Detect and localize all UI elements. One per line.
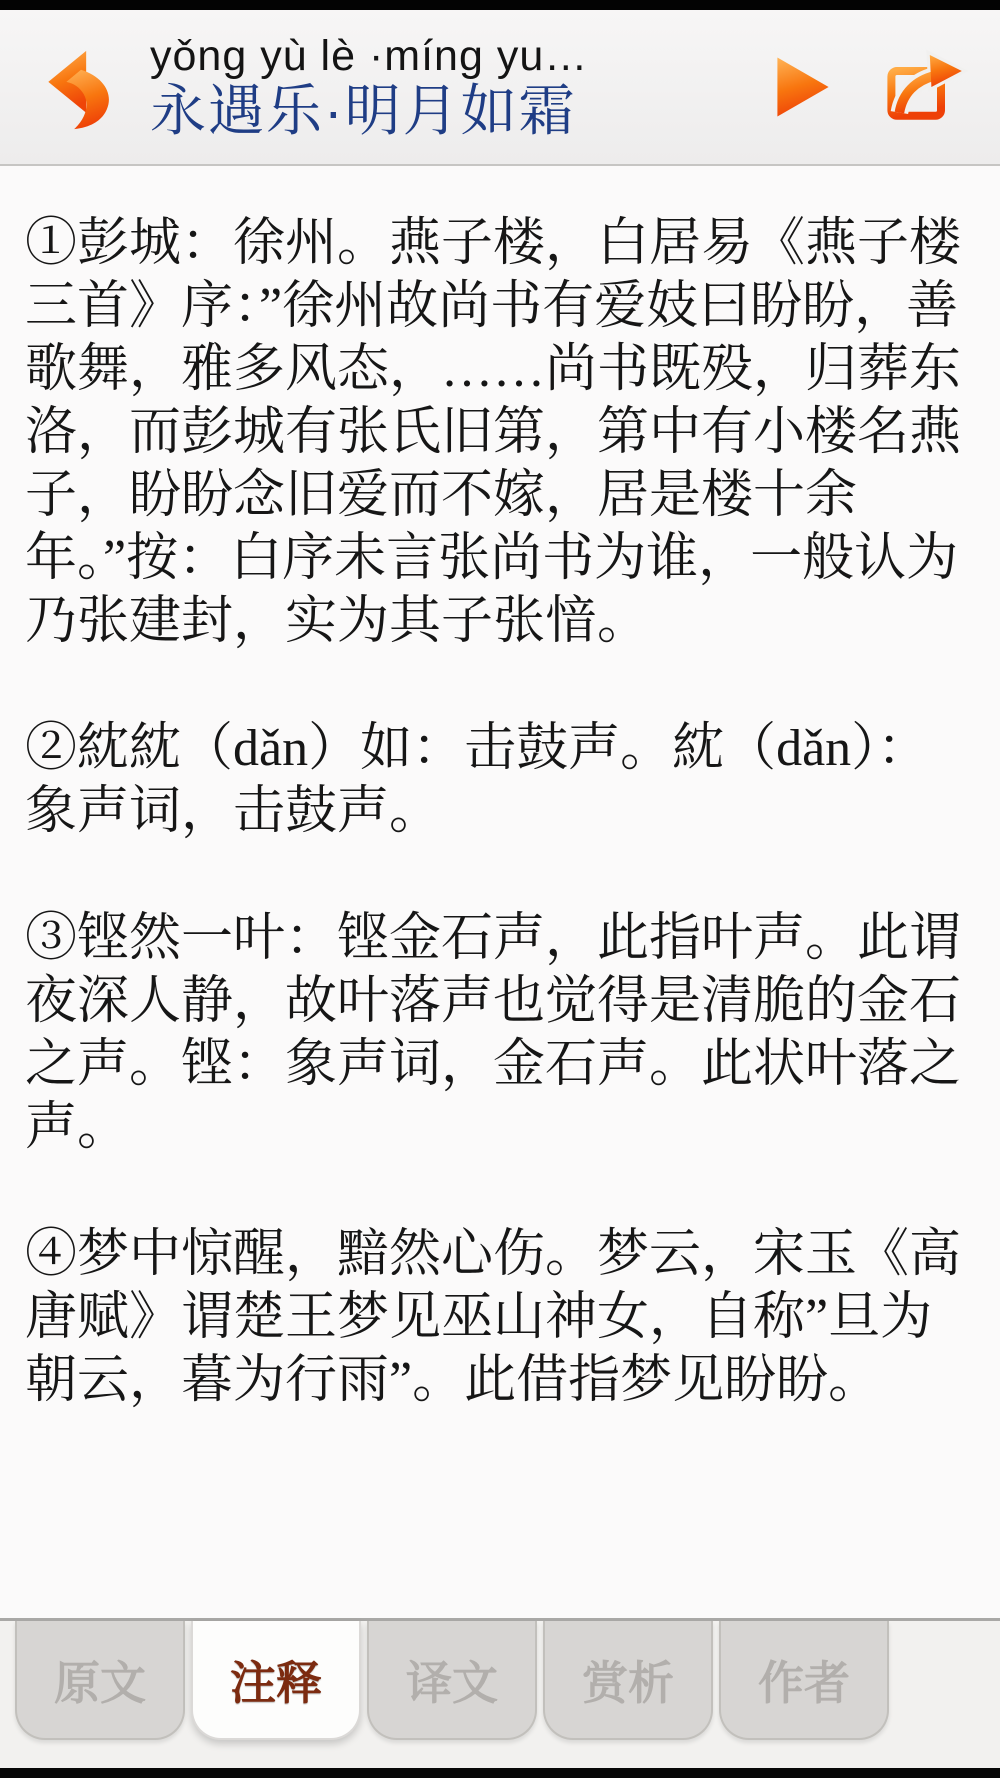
title-block: yǒng yù lè ·míng yu… 永遇乐·明月如霜	[150, 33, 588, 141]
tab-translation[interactable]: 译文	[367, 1621, 537, 1740]
annotation-paragraph-3: ③铿然一叶：铿金石声，此指叶声。此谓夜深人静，故叶落声也觉得是清脆的金石之声。铿…	[25, 907, 975, 1159]
tab-annotations[interactable]: 注释	[191, 1621, 361, 1740]
bottom-black-bar	[0, 1768, 1000, 1778]
top-black-bar	[0, 0, 1000, 10]
annotation-paragraph-1: ①彭城：徐州。燕子楼，白居易《燕子楼三首》序：”徐州故尚书有爱妓曰盼盼，善歌舞，…	[25, 212, 975, 653]
poem-app-screen: yǒng yù lè ·míng yu… 永遇乐·明月如霜	[0, 0, 1000, 1778]
tab-author[interactable]: 作者	[719, 1621, 889, 1740]
share-button[interactable]	[875, 47, 975, 127]
pinyin-title: yǒng yù lè ·míng yu…	[150, 33, 588, 79]
annotation-content[interactable]: ①彭城：徐州。燕子楼，白居易《燕子楼三首》序：”徐州故尚书有爱妓曰盼盼，善歌舞，…	[0, 166, 1000, 1618]
bottom-tab-bar: 原文 注释 译文 赏析 作者	[0, 1618, 1000, 1768]
tab-original-text[interactable]: 原文	[15, 1621, 185, 1740]
header: yǒng yù lè ·míng yu… 永遇乐·明月如霜	[0, 10, 1000, 166]
back-button[interactable]	[38, 41, 124, 133]
annotation-paragraph-2: ②紞紞（dǎn）如：击鼓声。紞（dǎn）：象声词，击鼓声。	[25, 717, 975, 843]
annotation-paragraph-4: ④梦中惊醒，黯然心伤。梦云，宋玉《高唐赋》谓楚王梦见巫山神女，自称”旦为朝云，暮…	[25, 1223, 975, 1412]
play-triangle-icon	[771, 47, 835, 127]
play-button[interactable]	[771, 47, 835, 127]
share-export-icon	[875, 47, 975, 127]
back-arrow-icon	[38, 41, 124, 133]
tab-appreciation[interactable]: 赏析	[543, 1621, 713, 1740]
poem-title: 永遇乐·明月如霜	[150, 81, 588, 141]
